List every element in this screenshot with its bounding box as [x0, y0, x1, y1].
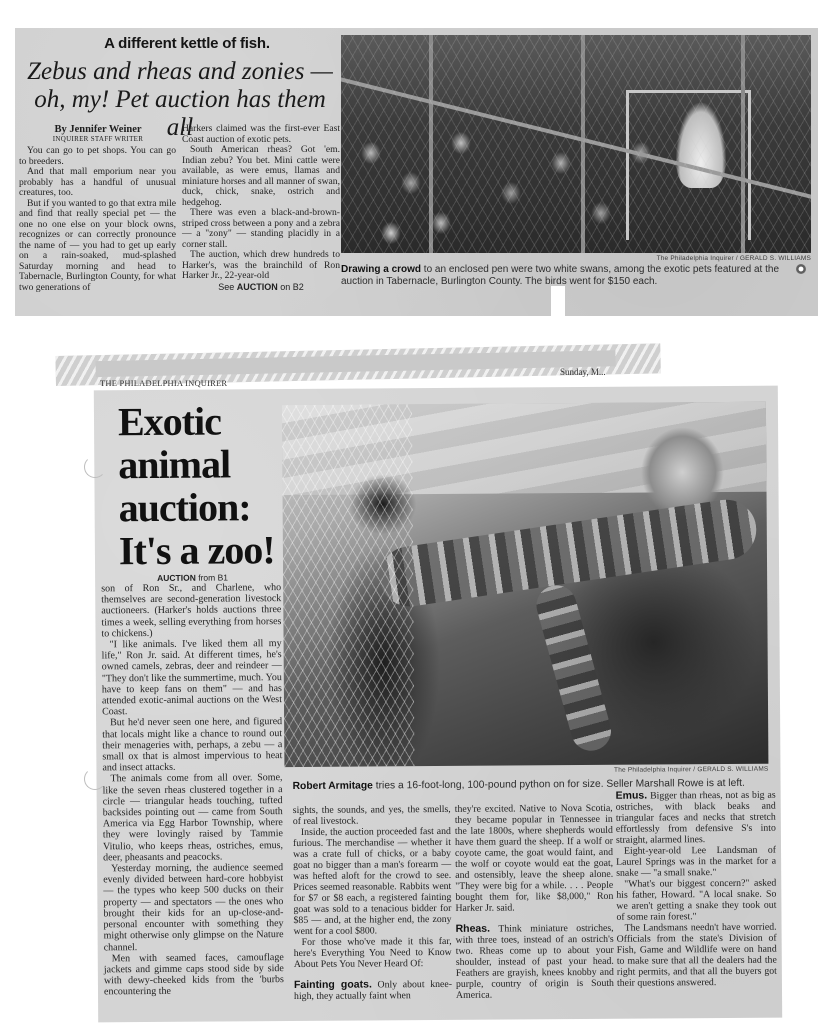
byline: By Jennifer Weiner INQUIRER STAFF WRITER: [19, 124, 177, 143]
paragraph: The Landsmans needn't have worried. Offi…: [617, 922, 777, 989]
bottom-news-clipping: Exotic animal auction: It's a zoo! AUCTI…: [94, 386, 782, 1023]
paragraph: There was even a black-and-brown-striped…: [182, 208, 340, 250]
paragraph: Yesterday morning, the audience seemed e…: [103, 862, 284, 953]
article-column-1: son of Ron Sr., and Charlene, who themse…: [101, 582, 284, 998]
continued-from: from B1: [196, 572, 228, 582]
article-headline: Exotic animal auction: It's a zoo!: [118, 399, 289, 572]
article-column-4: Emus. Bigger than rheas, not as big as o…: [616, 790, 777, 989]
newspaper-masthead: THE PHILADELPHIA INQUIRER: [100, 378, 227, 388]
paragraph: "I like animals. I've liked them all my …: [102, 638, 283, 718]
subhead-paragraph: Emus. Bigger than rheas, not as big as o…: [616, 790, 776, 846]
chain-link-fence: [341, 35, 811, 253]
chain-link-fence: [282, 404, 415, 767]
swan-pen-crowd-photo: [341, 35, 811, 253]
paragraph: Inside, the auction proceeded fast and f…: [293, 826, 452, 937]
paragraph: Men with seamed faces, camouflage jacket…: [104, 952, 284, 998]
subhead-emus: Emus.: [616, 790, 648, 802]
article-column-1: You can go to pet shops. You can go to b…: [19, 146, 176, 293]
paragraph: sights, the sounds, and yes, the smells,…: [293, 804, 451, 827]
article-column-3: they're excited. Native to Nova Scotia, …: [455, 803, 614, 1001]
staple-pin-icon: [796, 264, 806, 274]
strip-band: [95, 350, 615, 377]
paragraph: You can go to pet shops. You can go to b…: [19, 146, 176, 167]
jump-reference: See AUCTION on B2: [182, 282, 340, 293]
paragraph: Harkers claimed was the first-ever East …: [182, 124, 340, 145]
paragraph: The auction, which drew hundreds to Hark…: [182, 250, 340, 282]
dateline: Sunday, M...: [560, 367, 606, 377]
paper-tear: [551, 286, 565, 320]
paragraph: they're excited. Native to Nova Scotia, …: [455, 803, 614, 914]
paragraph: Eight-year-old Lee Landsman of Laurel Sp…: [616, 845, 776, 879]
continued-from-label: AUCTION from B1: [157, 572, 228, 582]
paragraph: son of Ron Sr., and Charlene, who themse…: [101, 582, 281, 639]
paragraph-text: Think miniature ostriches, with three to…: [456, 923, 614, 1001]
author-role: INQUIRER STAFF WRITER: [19, 135, 177, 143]
paragraph: But if you wanted to go that extra mile …: [19, 199, 176, 294]
paragraph: And that mall emporium near you probably…: [19, 167, 176, 199]
python-photo: [282, 402, 769, 767]
top-news-clipping: A different kettle of fish. Zebus and rh…: [15, 28, 818, 316]
subhead-paragraph: Rheas. Think miniature ostriches, with t…: [456, 923, 615, 1001]
subhead-rheas: Rheas.: [456, 923, 491, 935]
article-column-2: Harkers claimed was the first-ever East …: [182, 124, 340, 292]
article-column-2: sights, the sounds, and yes, the smells,…: [293, 804, 452, 1002]
paragraph: The animals come from all over. Some, li…: [102, 773, 283, 864]
photo-credit: The Philadelphia Inquirer / GERALD S. WI…: [341, 255, 811, 262]
paragraph: South American rheas? Got 'em. Indian ze…: [182, 145, 340, 208]
kicker-headline: A different kettle of fish.: [67, 35, 307, 52]
punch-hole: [84, 456, 106, 478]
jump-page: on B2: [280, 282, 304, 292]
subhead-fainting-goats: Fainting goats.: [294, 978, 372, 991]
jump-see: See: [218, 282, 234, 292]
author-name: By Jennifer Weiner: [19, 124, 177, 135]
jump-keyword: AUCTION: [237, 282, 278, 292]
caption-lead: Robert Armitage: [293, 780, 373, 792]
paragraph: "What's our biggest concern?" asked his …: [616, 878, 776, 923]
continued-keyword: AUCTION: [157, 573, 196, 583]
caption-lead: Drawing a crowd: [341, 264, 421, 275]
subhead-paragraph: Fainting goats. Only about knee-high, th…: [294, 979, 452, 1002]
paragraph: For those who've made it this far, here'…: [294, 936, 452, 970]
photo-caption: Drawing a crowd to an enclosed pen were …: [341, 264, 781, 288]
photo-credit: The Philadelphia Inquirer / GERALD S. WI…: [284, 766, 768, 776]
punch-hole: [84, 768, 106, 790]
paragraph: But he'd never seen one here, and figure…: [102, 717, 282, 774]
